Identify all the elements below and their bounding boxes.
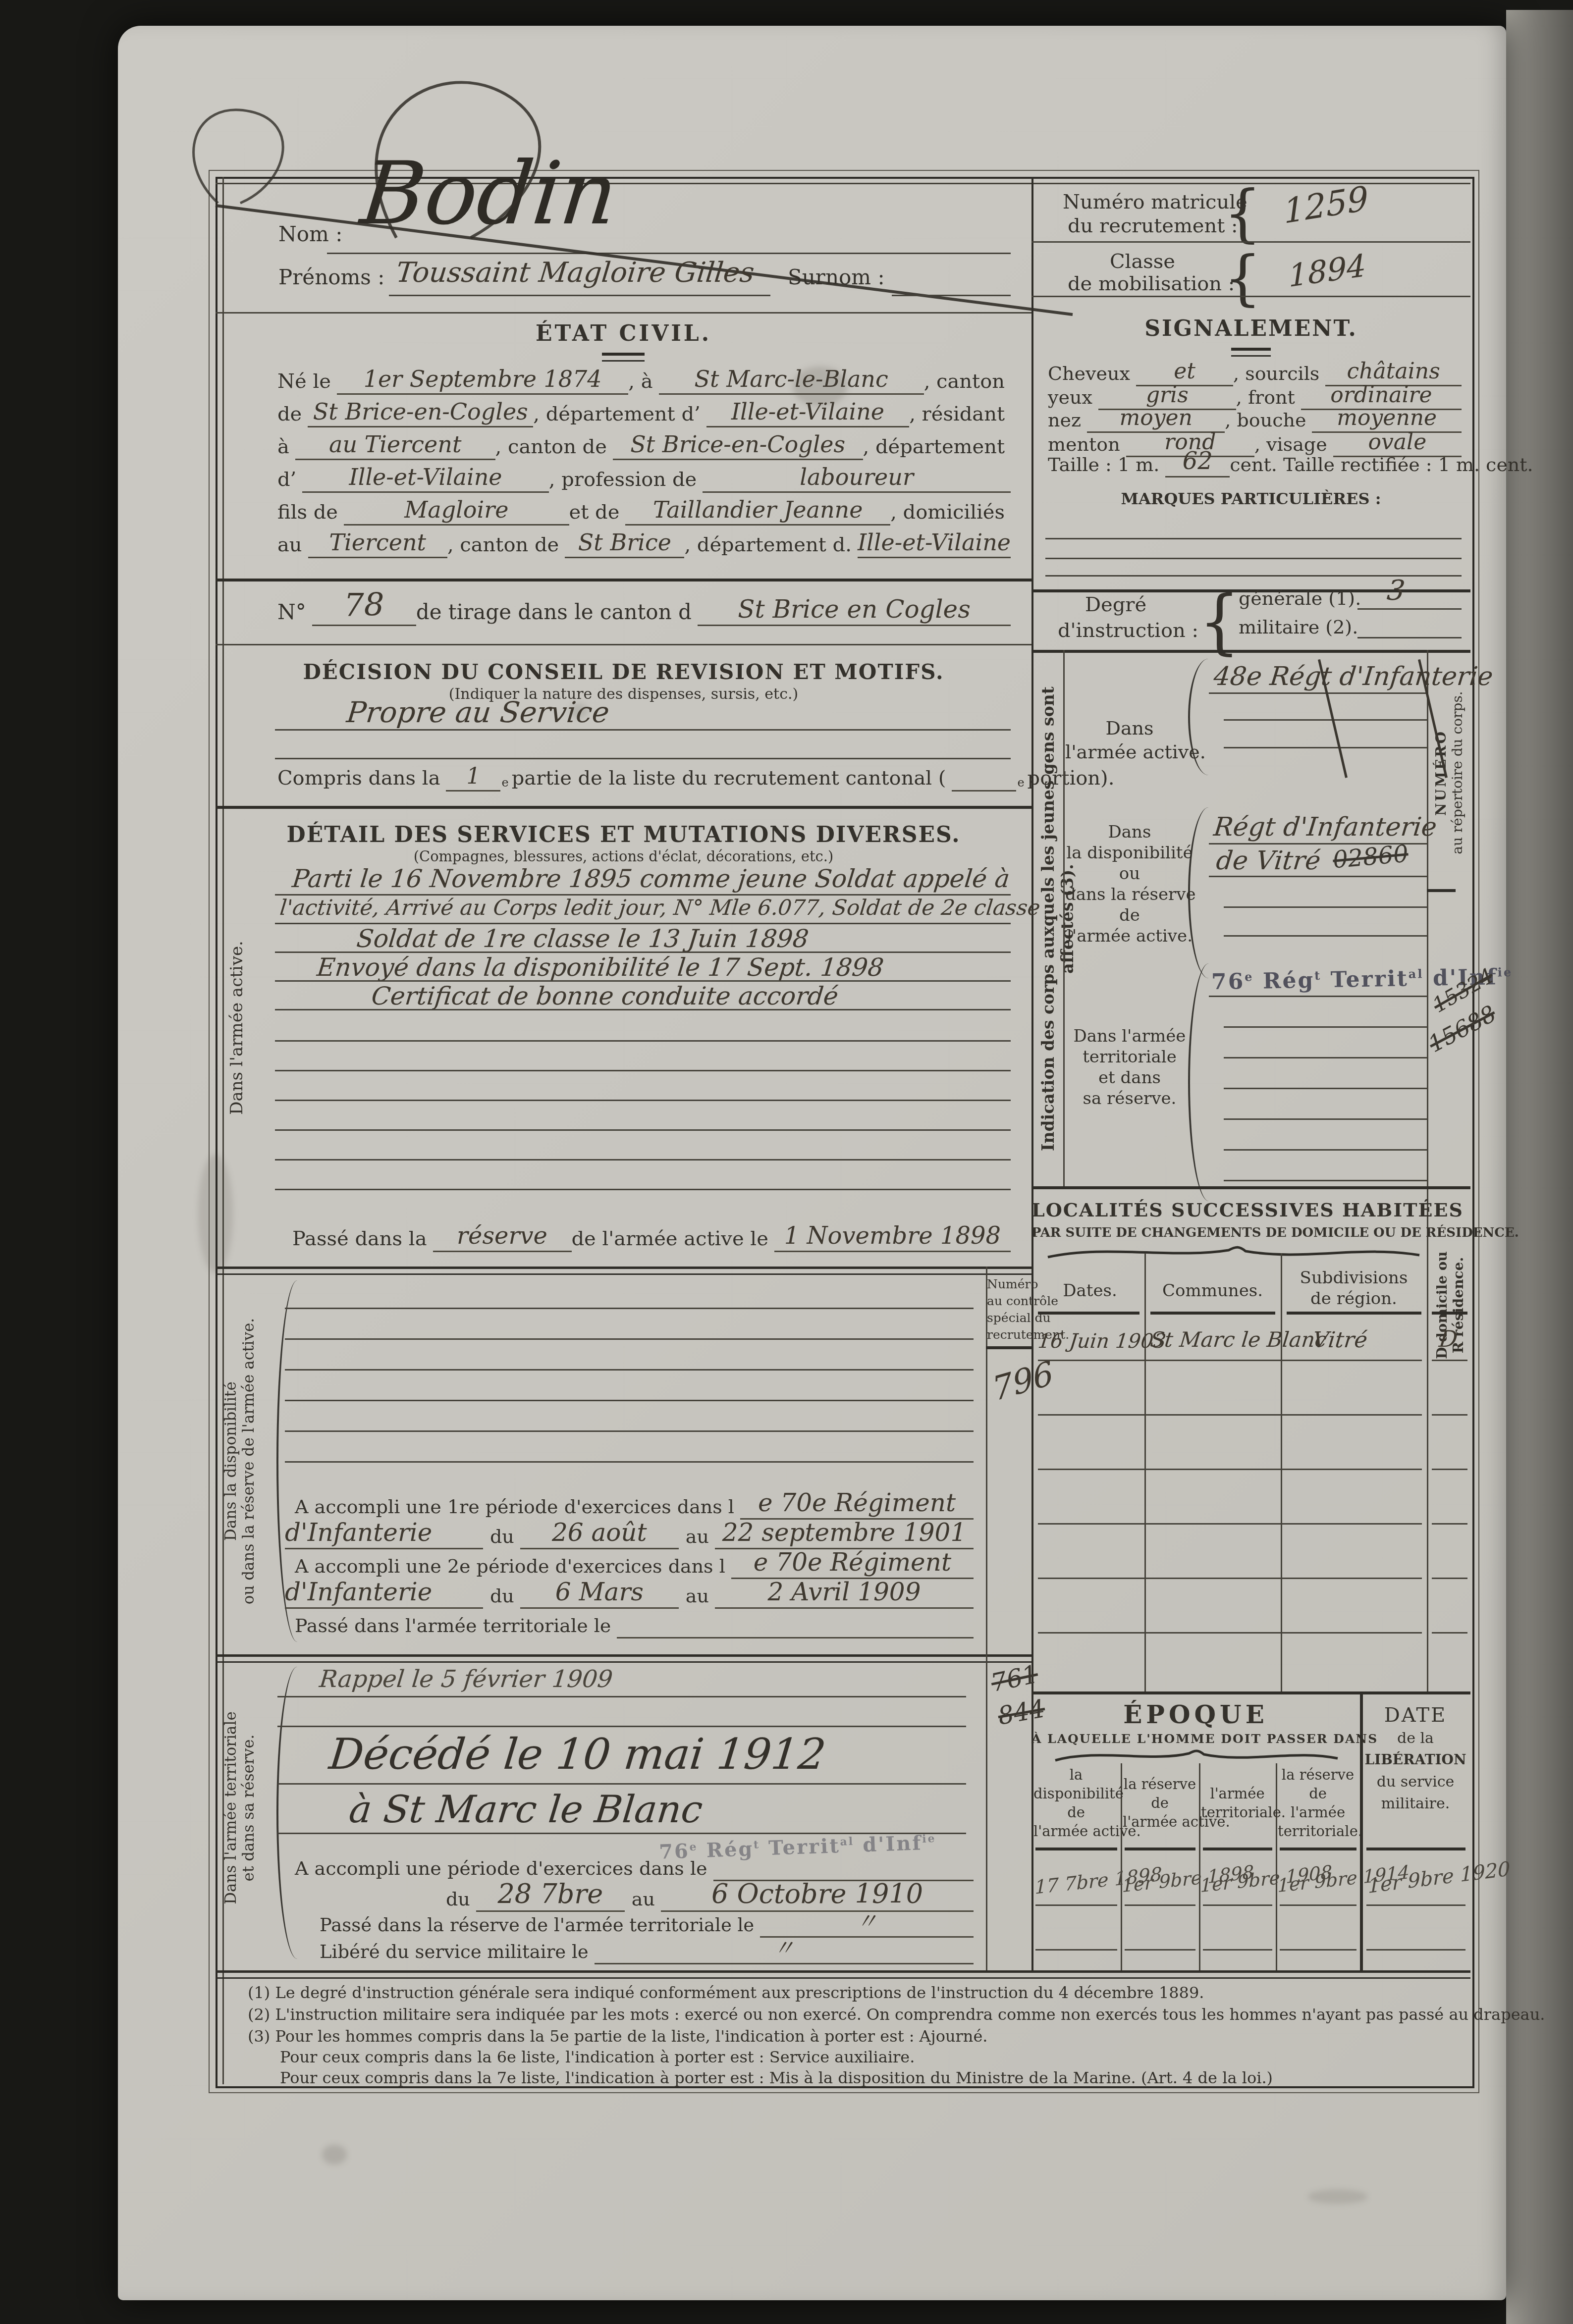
date-liberation-label: militaire. [1363,1795,1468,1812]
active-label-2: l'armée active. [1065,741,1194,763]
ditto-mark: 〃 [595,1930,974,1964]
epoque-header-rule [1203,1848,1272,1850]
subdivisions-header: Subdivisions [1286,1268,1422,1288]
date-liberation-label: du service [1363,1773,1468,1791]
stamp-text: 76 [1211,969,1245,995]
label: , département d’ [533,403,706,427]
localites-col-divider [1281,1253,1282,1691]
localites-col-divider [1144,1253,1146,1691]
label: et de [569,501,626,526]
father-name-value: Magloire [344,496,569,526]
side-label-line: ou dans la réserve de l'armée active. [240,1288,258,1635]
dispo-corps-value-2: de Vitré [1215,846,1322,876]
periode-1-regiment-value: e 70e Régiment [740,1488,974,1520]
terr-rule [1224,1088,1427,1089]
localites-row-rule-dr [1432,1469,1467,1470]
signalement-ornament [1231,348,1271,357]
service-entry-3: Soldat de 1re classe le 13 Juin 1898 [355,924,810,953]
birth-date-value: 1er Septembre 1874 [337,366,629,395]
matricule-row-rule [1031,241,1470,243]
label: de tirage dans le canton d [416,600,698,626]
epoque-col1-label: de [1033,1804,1119,1821]
reserve-blank-rule [285,1400,974,1401]
surnom-rule [892,295,1011,296]
liste-partie-value: 1 [446,764,500,792]
controle-label-line: recrutement. [987,1327,1031,1342]
terr-label-line: sa réserve. [1065,1089,1194,1109]
terr-rule [1224,1149,1427,1151]
periode-territoriale-line: A accompli une période d'exercices dans … [295,1853,974,1881]
prenoms-rule [389,295,770,296]
periode-1-arme-value: d'Infanterie [285,1518,483,1549]
footnotes-divider [216,1970,1470,1979]
label: A accompli une période d'exercices dans … [295,1857,713,1881]
signature-flourish [119,30,1110,337]
domicile-residence-label: D domicile ou R résidence. [1434,1223,1466,1387]
epoque-blank-rule [1203,1949,1272,1951]
periode-1-line-2: d'Infanterie du 26 août au 22 septembre … [285,1520,974,1549]
periode-2-line-1: A accompli une 2e période d'exercices da… [295,1549,974,1579]
epoque-header-rule [1035,1848,1117,1850]
subdivisions-header-2: de région. [1286,1289,1422,1309]
dispo-rule [1209,876,1427,877]
controle-label-line: Numéro [987,1277,1031,1291]
localites-row-rule [1038,1578,1422,1579]
epoque-col2-label: la réserve [1123,1776,1197,1793]
epoque-col3-label: territoriale. [1201,1804,1274,1821]
localites-row-rule-dr [1432,1360,1467,1361]
footnote-3: (3) Pour les hommes compris dans la 5e p… [248,2027,988,2046]
reserve-side-label: Dans la disponibilité ou dans la réserve… [222,1288,258,1635]
header-bottom-rule [216,312,1031,314]
stamp-text: Territ [1321,966,1409,993]
territoriale-side-label: Dans l'armée territoriale et dans sa rés… [222,1667,258,1949]
flourish-loop-left [194,110,283,203]
epoque-value-rule [1035,1904,1117,1906]
date-liberation-label: de la [1363,1730,1468,1747]
label: de [277,403,308,427]
epoque-col3-label: l'armée [1201,1785,1274,1802]
section-rule [1031,650,1470,653]
territoriale-rule [277,1696,966,1697]
epoque-col4-label: territoriale. [1278,1823,1358,1840]
numero-col-tick [1427,889,1456,892]
service-entry-4: Envoyé dans la disponibilité le 17 Sept.… [316,953,885,982]
dispo-label-line: de [1065,905,1194,925]
paper-stain [322,2145,347,2165]
terr-rule [1224,1118,1427,1120]
epoque-col1-label: la [1033,1766,1119,1783]
label: partie de la liste du recrutement canton… [512,767,952,792]
label: , domiciliés [890,501,1011,526]
epoque-col2-label: l'armée active. [1123,1813,1197,1830]
birth-line-2: de St Brice-en-Cogles , département d’ I… [277,397,1011,427]
periode-1-line-1: A accompli une 1re période d'exercices d… [295,1490,974,1520]
classe-label-2: de mobilisation : [1068,272,1235,295]
matricule-label: Numéro matricule [1063,191,1248,213]
label: au [277,533,308,558]
service-blank-rule [275,1129,1011,1131]
sup-e: e [1016,776,1027,792]
service-entry-2: l'activité, Arrivé au Corps ledit jour, … [278,896,1041,920]
localites-subtitle: PAR SUITE DE CHANGEMENTS DE DOMICILE OU … [1031,1225,1428,1240]
label: , à [628,370,658,395]
cent-label: cent. [1486,454,1539,477]
footnote-4: Pour ceux compris dans la 6e liste, l'in… [280,2048,915,2066]
localites-row-rule-dr [1432,1578,1467,1579]
active-rule [1224,719,1427,721]
residence-line: à au Tiercent , canton de St Brice-en-Co… [277,429,1011,460]
section-rule [1031,1691,1470,1694]
au-label: au [679,1526,715,1549]
reserve-blank-rule [285,1461,974,1463]
terr-rule [1224,1026,1427,1028]
label: Passé dans l'armée territoriale le [295,1615,617,1638]
epoque-header-rule [1280,1848,1356,1850]
localites-row-commune: St Marc le Blanc [1149,1327,1328,1352]
matricule-brace: { [1224,178,1261,250]
section-divider [216,1654,1031,1663]
corps-side-divider [1063,650,1065,1186]
localites-row-subdiv: Vitré [1311,1327,1368,1353]
epoque-col4-label: l'armée [1278,1804,1358,1821]
classe-brace: { [1224,244,1261,313]
epoque-col4-label: la réserve [1278,1766,1358,1783]
dispo-corps-value: Régt d'Infanterie [1212,812,1438,842]
footnote-1: (1) Le degré d'instruction générale sera… [248,1983,1204,2002]
localites-row-rule [1038,1523,1422,1525]
deces-entry: Décédé le 10 mai 1912 [327,1730,828,1779]
controle-label-line: spécial du [987,1311,1031,1325]
dispo-rule [1224,935,1427,937]
localites-row-rule [1038,1632,1422,1634]
au-label: au [625,1888,661,1912]
stamp-sup: t [1314,968,1322,983]
terr-rule [1209,996,1427,997]
territoriale-rule [277,1783,966,1785]
militaire-rule [1357,637,1462,638]
label: , profession de [549,468,703,493]
label: Né le [277,370,337,395]
book-page-edge [1506,10,1573,2324]
libere-line: Libéré du service militaire le 〃 [320,1940,974,1964]
controle-header-rule [986,1346,1031,1349]
flourish-loop [376,82,540,238]
signalement-title: SIGNALEMENT. [1031,316,1470,341]
etat-civil-ornament [602,353,645,362]
communes-header: Communes. [1149,1281,1276,1301]
active-corps-value: 48e Régt d'Infanterie [1212,662,1495,691]
epoque-col1-label: l'armée active. [1033,1823,1119,1840]
services-side-label: Dans l'armée active. [227,832,247,1223]
passe-territoriale-line: Passé dans l'armée territoriale le [295,1611,974,1638]
tirage-number-value: 78 [312,587,416,626]
stamp-text: Rég [1253,968,1315,994]
periode-2-end-date: 2 Avril 1909 [715,1578,974,1609]
stamp-sup: e [1245,969,1254,984]
localites-row-dr: D. [1438,1325,1465,1352]
stamp-sup: e [689,1841,698,1854]
label: Compris dans la [277,767,446,792]
label: , canton de [495,435,613,460]
tirage-canton-value: St Brice en Cogles [698,595,1011,626]
label: , canton de [447,533,565,558]
localites-title: LOCALITÉS SUCCESSIVES HABITÉES [1031,1199,1428,1221]
epoque-header-rule [1125,1848,1195,1850]
numero-col-divider [1427,650,1428,1691]
periode-2-regiment-value: e 70e Régiment [731,1548,974,1579]
reserve-blank-rule [285,1338,974,1340]
profession-line: d’ Ille-et-Vilaine , profession de labou… [277,462,1011,493]
parents-residence-line: au Tiercent , canton de St Brice , dépar… [277,528,1011,558]
side-label-line: Dans l'armée territoriale [222,1667,240,1949]
dispo-rule [1224,906,1427,908]
territoriale-rule [277,1726,966,1727]
residence-value: au Tiercent [295,431,495,460]
marques-label: MARQUES PARTICULIÈRES : [1031,489,1470,508]
localites-row-date: 16 Juin 1903 [1037,1330,1167,1353]
decision-title: DÉCISION DU CONSEIL DE REVISION ET MOTIF… [216,660,1031,684]
localites-row-rule-dr [1432,1414,1467,1416]
mother-name-value: Taillandier Jeanne [625,496,890,526]
rappel-entry: Rappel le 5 février 1909 [318,1665,614,1693]
numero-repertoire-label: NUMÉRO au répertoire du corps. [1433,659,1465,887]
periode-territoriale-start: 28 7bre [476,1878,625,1912]
parents-residence-value: Tiercent [308,529,447,558]
periode-2-start-date: 6 Mars [520,1578,679,1609]
service-entry-5: Certificat de bonne conduite accordé [370,982,840,1010]
label: à [277,435,295,460]
stamp-sup: ie [922,1832,936,1846]
service-blank-rule [275,1100,1011,1101]
epoque-col4-label: de [1278,1785,1358,1802]
epoque-value-rule [1125,1904,1195,1906]
terr-label-line: et dans [1065,1068,1194,1088]
du-label: du [483,1585,520,1609]
section-rule [216,644,1031,645]
service-rule [275,1009,1011,1010]
label: , département d. [684,533,858,558]
profession-value: laboureur [703,464,1011,493]
decision-value: Propre au Service [345,695,611,729]
localites-row-rule [1038,1414,1422,1416]
epoque-subtitle: À LAQUELLE L'HOMME DOIT PASSER DANS [1031,1732,1360,1746]
epoque-ornament [1053,1747,1340,1764]
ornament-path [1055,1751,1338,1760]
ornament-path [1048,1247,1419,1257]
reserve-blank-rule [285,1430,974,1432]
numero-label-line: au répertoire du corps. [1449,659,1465,887]
classe-label: Classe [1110,250,1175,273]
birth-place-value: St Marc-le-Blanc [659,366,924,395]
epoque-title: ÉPOQUE [1031,1700,1360,1729]
localites-row-rule [1038,1360,1422,1361]
service-blank-rule [275,1040,1011,1042]
epoque-value-rule [1280,1904,1356,1906]
parents-canton-value: St Brice [565,529,684,558]
classe-row-rule [1031,296,1470,297]
stamp-sup: al [1408,966,1423,981]
service-entry-1: Parti le 16 Novembre 1895 comme jeune So… [291,864,1011,893]
residence-departement-value: Ille-et-Vilaine [302,464,548,493]
terr-rule [1224,1180,1427,1181]
controle-label-line: au contrôle [987,1294,1031,1308]
epoque-blank-rule [1125,1949,1195,1951]
decision-rule [275,729,1011,731]
localites-header-rule [1150,1312,1275,1315]
scanned-military-register-photo: { "colors":{"paper":"#c7c5bf","ink":"#34… [0,0,1573,2324]
degre-label-2: d'instruction : [1058,619,1198,642]
stamp-sup: al [840,1835,855,1849]
label: fils de [277,501,344,526]
surnom-label: Surnom : [788,265,885,289]
date-liberation-label: LIBÉRATION [1363,1751,1468,1768]
periode-1-start-date: 26 août [520,1518,679,1549]
taille-value: 62 [1165,447,1230,477]
section-rule [1031,1186,1470,1189]
decision-rule-2 [275,758,1011,759]
residence-canton-value: St Brice-en-Cogles [613,431,863,460]
epoque-header-rule [1366,1848,1465,1850]
canton-value: St Brice-en-Cogles [308,398,533,427]
generale-label: générale (1). [1239,587,1361,609]
generale-rule [1357,608,1462,610]
localites-header-rule [1038,1312,1139,1315]
dispo-label-line: ou [1065,864,1194,884]
section-rule [216,806,1031,809]
deces-place-entry: à St Marc le Blanc [347,1787,705,1831]
etat-civil-title: ÉTAT CIVIL. [216,321,1031,346]
taille-rectifiee-label: cent. Taille rectifiée : 1 m. [1230,454,1486,477]
du-label: du [483,1526,520,1549]
label: , département [863,435,1011,460]
sup-e: e [500,776,511,792]
reserve-blank-rule [285,1308,974,1309]
date-liberation-label: DATE [1363,1704,1468,1727]
epoque-col2-label: de [1123,1795,1197,1811]
active-label: Dans [1070,717,1189,739]
label: , résidant [909,403,1011,427]
passe-reserve-date: 1 Novembre 1898 [774,1222,1011,1252]
side-label-line: Dans la disponibilité [222,1288,240,1635]
marques-rule [1045,558,1462,559]
label: A accompli une 1re période d'exercices d… [295,1496,740,1520]
section-rule [216,579,1031,581]
dispo-label-line: la disponibilité [1065,843,1194,863]
footnote-5: Pour ceux compris dans la 7e liste, l'in… [280,2068,1273,2087]
degre-label: Degré [1085,593,1146,616]
periode-2-arme-value: d'Infanterie [285,1578,483,1609]
parents-departement-value: Ille-et-Vilaine [858,529,1011,558]
localites-row-rule [1038,1469,1422,1470]
side-label-line: et dans sa réserve. [240,1667,258,1949]
localites-header-rule [1287,1312,1421,1315]
localites-ornament [1045,1242,1422,1262]
dr-label-line: D domicile ou [1434,1223,1450,1387]
periode-2-line-2: d'Infanterie du 6 Mars au 2 Avril 1909 [285,1579,974,1609]
active-rule [1209,692,1427,694]
generale-value: 3 [1386,575,1407,607]
reserve-blank-rule [285,1369,974,1371]
epoque-blank-rule [1366,1949,1465,1951]
numero-label-line: NUMÉRO [1433,659,1449,887]
label: d’ [277,468,302,493]
services-subtitle: (Compagnes, blessures, actions d'éclat, … [216,848,1031,865]
departement-value: Ille-et-Vilaine [706,398,909,427]
passe-reserve-value: réserve [433,1222,572,1252]
epoque-value-rule [1366,1904,1465,1906]
numero-label: N° [277,600,312,626]
service-blank-rule [275,1159,1011,1161]
epoque-blank-rule [1035,1949,1117,1951]
service-blank-rule [275,1070,1011,1071]
taille-row: Taille : 1 m. 62 cent. Taille rectifiée … [1048,449,1462,477]
parents-line: fils de Magloire et de Taillandier Jeann… [277,495,1011,526]
localites-header-rule [1432,1312,1467,1315]
epoque-col1-label: disponibilité [1033,1785,1119,1802]
terr-label-line: Dans l'armée [1065,1026,1194,1046]
dr-label-line: R résidence. [1450,1223,1466,1387]
epoque-value-rule [1203,1904,1272,1906]
stamp-sup: ie [1497,965,1513,980]
marques-rule [1045,538,1462,539]
militaire-label: militaire (2). [1239,616,1358,638]
dispo-label-line: Dans [1065,822,1194,842]
label: Passé dans la [292,1227,433,1252]
dispo-label-line: l'armée active. [1065,926,1194,946]
terr-rule [1224,1057,1427,1058]
birth-line-1: Né le 1er Septembre 1874 , à St Marc-le-… [277,364,1011,395]
decision-subtitle: (Indiquer la nature des dispenses, sursi… [216,686,1031,703]
tirage-line: N° 78 de tirage dans le canton d St Bric… [277,592,1011,626]
active-rule [1224,747,1427,748]
prenoms-label: Prénoms : [278,265,384,289]
prenoms-value: Toussaint Magloire Gilles [395,257,756,289]
section-divider [216,1267,1031,1275]
terr-label-line: territoriale [1065,1047,1194,1067]
label: Libéré du service militaire le [320,1941,595,1964]
epoque-blank-rule [1280,1949,1356,1951]
label: de l'armée active le [572,1227,774,1252]
label: , canton [924,370,1011,395]
compris-line: Compris dans la 1 e partie de la liste d… [277,763,1011,792]
localites-row-rule-dr [1432,1632,1467,1634]
taille-label: Taille : 1 m. [1048,454,1165,477]
dates-header: Dates. [1035,1281,1144,1301]
passe-reserve-line: Passé dans la réserve de l'armée active … [292,1222,1011,1252]
footnote-2: (2) L'instruction militaire sera indiqué… [248,2005,1545,2024]
service-blank-rule [275,1189,1011,1190]
matricule-label-2: du recrutement : [1068,214,1238,237]
dispo-label-line: dans la réserve [1065,885,1194,904]
localites-row-rule-dr [1432,1523,1467,1525]
periode-1-end-date: 22 septembre 1901 [715,1518,974,1549]
controle-col-divider [986,1654,987,1970]
au-label: au [679,1585,715,1609]
portion-blank [952,789,1016,792]
label: A accompli une 2e période d'exercices da… [295,1555,731,1579]
passe-territoriale-blank [617,1636,974,1638]
du-label: du [446,1888,476,1912]
services-title: DÉTAIL DES SERVICES ET MUTATIONS DIVERSE… [216,822,1031,847]
paper-stain [1308,2189,1367,2204]
